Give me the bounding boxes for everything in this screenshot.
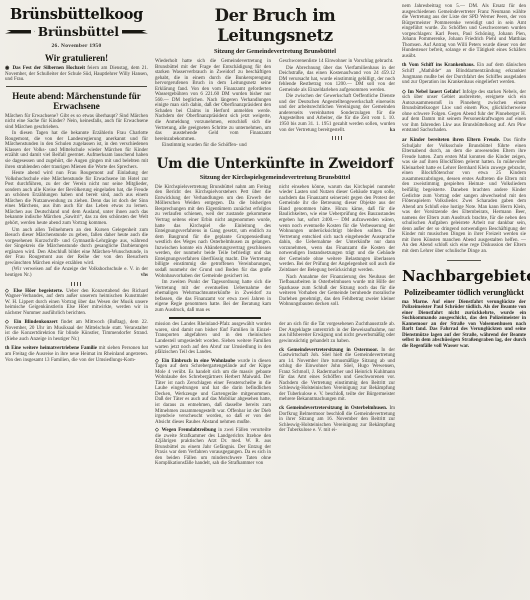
article-paragraph: Im zweiten Punkt der Tagesordnung hatte … [155, 280, 271, 313]
news-item-ostermoor: ck Gemeindevertretersitzung in Ostermoor… [279, 348, 395, 403]
author-signature: vhs [134, 273, 148, 279]
article-paragraph: In diesen Tagen hat die bekannte Erzähle… [5, 131, 148, 170]
subheadline-gemeindevertretung: Sitzung der Gemeindevertretung Brunsbütt… [155, 48, 395, 55]
item-lead: Wegen Fremdabtreibung [162, 428, 216, 433]
item-marker: ck [279, 406, 284, 411]
item-lead: Ein Einbruch in eine Wohnlaube [162, 359, 236, 364]
author-signature: ka [383, 128, 395, 134]
news-item-marne: ma Marne. Auf einer Dienstfahrt verunglü… [402, 300, 526, 350]
section-rule [6, 86, 147, 87]
item-text: Auf einer Dienstfahrt verunglückte der P… [402, 300, 526, 349]
item-marker: ◇ [402, 90, 406, 95]
item-lead: Gemeindevertretersitzung in Ostermoor. [287, 348, 378, 353]
article-paragraph: Wiederholt hatte sich die Gemeindevertre… [155, 59, 271, 142]
article-paragraph: Märchen für Erwachsene? Gibt es so etwas… [5, 114, 148, 131]
article-paragraph: (Wir verweisen auf die Anzeige der Volks… [5, 267, 148, 278]
item-text: Das fünfte Schuljahr der Volksschule Bru… [402, 138, 526, 254]
item-marker: ck [279, 348, 284, 353]
article-continuation: mission des Landes Rheinland-Pfalz ausge… [155, 322, 271, 355]
midbottom-col-a: mission des Landes Rheinland-Pfalz ausge… [155, 322, 271, 468]
article1-col-b: Geschworenenliste 14 Einwohner in Vorsch… [279, 59, 395, 150]
article-paragraph: Geschworenenliste 14 Einwohner in Vorsch… [279, 59, 395, 65]
masthead-title-koog: Brünsbüttelkoog [5, 6, 148, 24]
masthead-ornament-right [122, 30, 148, 34]
right-column: nem Jahresbeitrag von 5.— DM. Als Ersatz… [402, 4, 526, 600]
section-divider-icon [71, 282, 82, 286]
item-lead: Vom Schiff ins Krankenhaus. [409, 63, 475, 68]
article2-col-b: nicht einsehen könne, warum das Kirchspi… [279, 185, 395, 315]
item-marker: th [402, 63, 406, 68]
item-lead: Gemeindevertretersitzung in Osterbelmhus… [286, 406, 387, 411]
subheadline-kirchspiel: Sitzung der Kirchspielsgemeindevertretun… [155, 174, 395, 181]
article2-body: Die Kirchspielsvertretung Brunsbüttel na… [155, 185, 395, 315]
news-item-else-hoeer: ◇ Else Höer begeisterte. Ueber den Konze… [5, 289, 148, 317]
item-lead: Das Fest der Silbernen Hochzeit [12, 66, 85, 71]
masthead-row: Brünsbüttel [5, 24, 148, 39]
middle-section: Der Bruch im Leitungsnetz Sitzung der Ge… [155, 4, 395, 600]
item-marker: ma [402, 300, 409, 305]
item-lead: Eine weitere heimatvertriebene Familie [11, 346, 97, 351]
item-text: Infolge des starken Nebels, der sich übe… [402, 90, 526, 134]
article-paragraph: Heute abend wird nun Frau Rougemont auf … [5, 171, 148, 226]
item-marker: ◉ [5, 66, 10, 71]
coat-of-arms-icon [34, 24, 35, 39]
article1-body: Wiederholt hatte sich die Gemeindevertre… [155, 59, 395, 150]
left-column: Brünsbüttelkoog Brünsbüttel 26. November… [5, 4, 148, 600]
article-paragraph: Einstimmig wurden für die Schöffen- und [155, 143, 271, 149]
news-item-osterbelmhusen: ck Gemeindevertretersitzung in Osterbelm… [279, 406, 395, 434]
headline-polizeibeamter: Polizeibeamter tödlich verunglückt [404, 288, 524, 297]
item-text: in zwei Fällen verurteilte die zweite St… [155, 428, 271, 466]
news-item-silberne-hochzeit: ◉ Das Fest der Silbernen Hochzeit feiern… [5, 66, 148, 83]
article2-col-a: Die Kirchspielsvertretung Brunsbüttel na… [155, 185, 271, 315]
midbottom-col-b: der an sich für die Tat vorgesehenen Zuc… [279, 322, 395, 468]
issue-date: 26. November 1950 [5, 43, 148, 49]
item-text: In der Gastwirtschaft Joh. Söel hielt di… [279, 348, 395, 403]
item-lead: Ein Blindenkonzert [14, 320, 58, 325]
news-item-blindenkonzert: ◇ Ein Blindenkonzert findet am Mittwoch … [5, 320, 148, 342]
item-marker: ◇ [5, 289, 10, 294]
article-end-rule [169, 317, 261, 319]
masthead: Brünsbüttelkoog Brünsbüttel 26. November… [5, 6, 148, 49]
item-marker: ◇ [5, 320, 11, 325]
middle-bottom-items: mission des Landes Rheinland-Pfalz ausge… [155, 322, 395, 468]
news-item-elternabend: ar Kinder bereiteten ihren Eltern Freude… [402, 138, 526, 254]
headline-unterkuenfte-zweidorf: Um die Unterkünfte in Zweidorf [155, 156, 395, 172]
item-marker: ar [402, 138, 407, 143]
article-note: (Wir verweisen auf die Anzeige der Volks… [5, 267, 148, 278]
newspaper-page: Brünsbüttelkoog Brünsbüttel 26. November… [0, 0, 530, 600]
article-paragraph: Um auch allen Teilnehmern an den Kursen … [5, 228, 148, 267]
section-divider-icon [332, 136, 343, 140]
item-lead: Kinder bereiteten ihren Eltern Freude. [410, 138, 500, 143]
item-lead: Im Nebel lauert Gefahr! [408, 90, 461, 95]
item-marker: th [5, 346, 9, 351]
article-continuation: der an sich für die Tat vorgesehenen Zuc… [279, 322, 395, 344]
article-paragraph: Die Kirchspielsvertretung Brunsbüttel na… [155, 185, 271, 279]
article-text: Die zwischen der Gewerkschaft Oeffentlic… [279, 94, 395, 132]
news-item-schiff-krankenhaus: th Vom Schiff ins Krankenhaus. Ein auf d… [402, 63, 526, 85]
headline-bruch-leitungsnetz: Der Bruch im Leitungsnetz [159, 6, 392, 46]
article1-col-a: Wiederholt hatte sich die Gemeindevertre… [155, 59, 271, 150]
article-paragraph: nicht einsehen könne, warum das Kirchspi… [279, 185, 395, 274]
article-paragraph: Nach Annahme der Finanzierung des Neubau… [279, 275, 395, 308]
section-headline-nachbargebiete: Nachbargebiete [402, 267, 526, 285]
headline-maerchenstunde: Heute abend: Märchenstunde für Erwachsen… [11, 91, 142, 111]
news-item-familie: th Eine weitere heimatvertriebene Famili… [5, 346, 148, 363]
item-lead: Marne. [413, 300, 429, 305]
item-lead: Else Höer begeisterte. [13, 289, 63, 294]
section-rule [447, 260, 481, 261]
item-marker: ◇ [155, 428, 160, 433]
news-item-fremdabtreibung: ◇ Wegen Fremdabtreibung in zwei Fällen v… [155, 428, 271, 467]
headline-wir-gratulieren: Wir gratulieren! [11, 53, 142, 63]
news-item-einbruch: ◇ Ein Einbruch in eine Wohnlaube wurde i… [155, 359, 271, 426]
article-paragraph: Die Abrechnung über das Vierfamilienhaus… [279, 66, 395, 94]
article-continuation: nem Jahresbeitrag von 5.— DM. Als Ersatz… [402, 4, 526, 59]
masthead-ornament-left [5, 30, 31, 34]
item-text: wurde in diesen Tagen auf dem Schreberga… [155, 359, 271, 425]
item-marker: ◇ [155, 359, 160, 364]
news-item-nebel-gefahr: ◇ Im Nebel lauert Gefahr! Infolge des st… [402, 90, 526, 134]
article-paragraph: Die zwischen der Gewerkschaft Oeffentlic… [279, 94, 395, 133]
masthead-title-bruensbuettel: Brünsbüttel [38, 25, 119, 39]
